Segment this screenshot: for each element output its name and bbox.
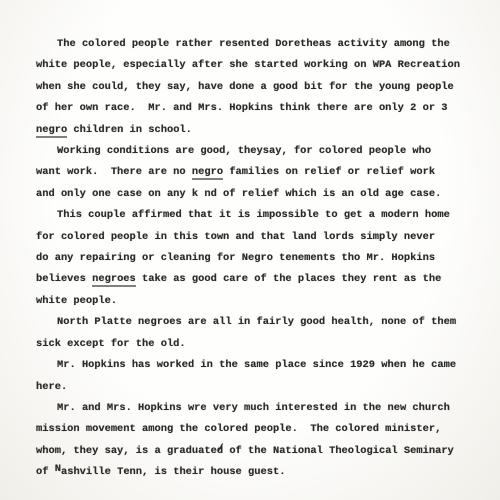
text-line: white people. bbox=[36, 291, 472, 312]
text-line: for colored people in this town and that… bbox=[36, 227, 472, 248]
text-line: Working conditions are good, theysay, fo… bbox=[36, 141, 472, 162]
text-line: The colored people rather resented Doret… bbox=[36, 34, 472, 55]
pencil-underlined-word: negro bbox=[192, 166, 223, 178]
text-segment: This couple affirmed that it is impossib… bbox=[57, 209, 450, 221]
text-line: of her own race. Mr. and Mrs. Hopkins th… bbox=[36, 98, 472, 119]
text-line: Mr. and Mrs. Hopkins wre very much inter… bbox=[36, 398, 472, 419]
text-line: mission movement among the colored peopl… bbox=[36, 419, 472, 440]
text-segment: North Platte negroes are all in fairly g… bbox=[57, 316, 456, 328]
text-segment: white people. bbox=[36, 295, 117, 307]
raised-letter: N bbox=[55, 463, 61, 475]
text-segment: want work. There are no bbox=[36, 166, 192, 178]
text-line: sick except for the old. bbox=[36, 334, 472, 355]
text-segment: and only one case on any k nd of relief … bbox=[36, 188, 441, 200]
document-lines: The colored people rather resented Doret… bbox=[36, 34, 472, 484]
text-segment: sick except for the old. bbox=[36, 338, 186, 350]
text-segment: mission movement among the colored peopl… bbox=[36, 423, 441, 435]
text-line: whom, they say, is a graduated of the Na… bbox=[36, 441, 472, 462]
text-segment: Mr. Hopkins has worked in the same place… bbox=[57, 359, 456, 371]
text-line: This couple affirmed that it is impossib… bbox=[36, 205, 472, 226]
text-segment: The colored people rather resented Doret… bbox=[57, 38, 450, 50]
overstruck-letter: d bbox=[217, 441, 223, 462]
text-line: North Platte negroes are all in fairly g… bbox=[36, 312, 472, 333]
text-line: want work. There are no negro families o… bbox=[36, 162, 472, 183]
text-line: white people, especially after she start… bbox=[36, 55, 472, 76]
text-line: and only one case on any k nd of relief … bbox=[36, 184, 472, 205]
text-segment: here. bbox=[36, 381, 67, 393]
text-line: Mr. Hopkins has worked in the same place… bbox=[36, 355, 472, 376]
text-segment: whom, they say, is a graduate bbox=[36, 445, 217, 457]
text-line: do any repairing or cleaning for Negro t… bbox=[36, 248, 472, 269]
text-line: believes negroes take as good care of th… bbox=[36, 269, 472, 290]
text-line: here. bbox=[36, 377, 472, 398]
text-segment: ashville Tenn, is their house guest. bbox=[61, 466, 285, 478]
text-segment: white people, especially after she start… bbox=[36, 59, 460, 71]
text-segment: families on relief or relief work bbox=[223, 166, 435, 178]
text-segment: Mr. and Mrs. Hopkins wre very much inter… bbox=[57, 402, 450, 414]
text-segment: of the National Theological Seminary bbox=[223, 445, 454, 457]
text-line: when she could, they say, have done a go… bbox=[36, 77, 472, 98]
text-segment: do any repairing or cleaning for Negro t… bbox=[36, 252, 435, 264]
text-segment: when she could, they say, have done a go… bbox=[36, 81, 454, 93]
pencil-underlined-word: negro bbox=[36, 124, 67, 136]
text-segment: of bbox=[36, 466, 55, 478]
text-line: negro children in school. bbox=[36, 120, 472, 141]
text-segment: for colored people in this town and that… bbox=[36, 231, 435, 243]
text-segment: believes bbox=[36, 273, 92, 285]
text-segment: take as good care of the places they ren… bbox=[136, 273, 442, 285]
text-segment: Working conditions are good, theysay, fo… bbox=[57, 145, 431, 157]
scanned-document-page: The colored people rather resented Doret… bbox=[0, 0, 500, 500]
pencil-underlined-word: negroes bbox=[92, 273, 136, 285]
text-line: of Nashville Tenn, is their house guest. bbox=[36, 462, 472, 483]
text-segment: of her own race. Mr. and Mrs. Hopkins th… bbox=[36, 102, 448, 114]
text-segment: children in school. bbox=[67, 124, 192, 136]
